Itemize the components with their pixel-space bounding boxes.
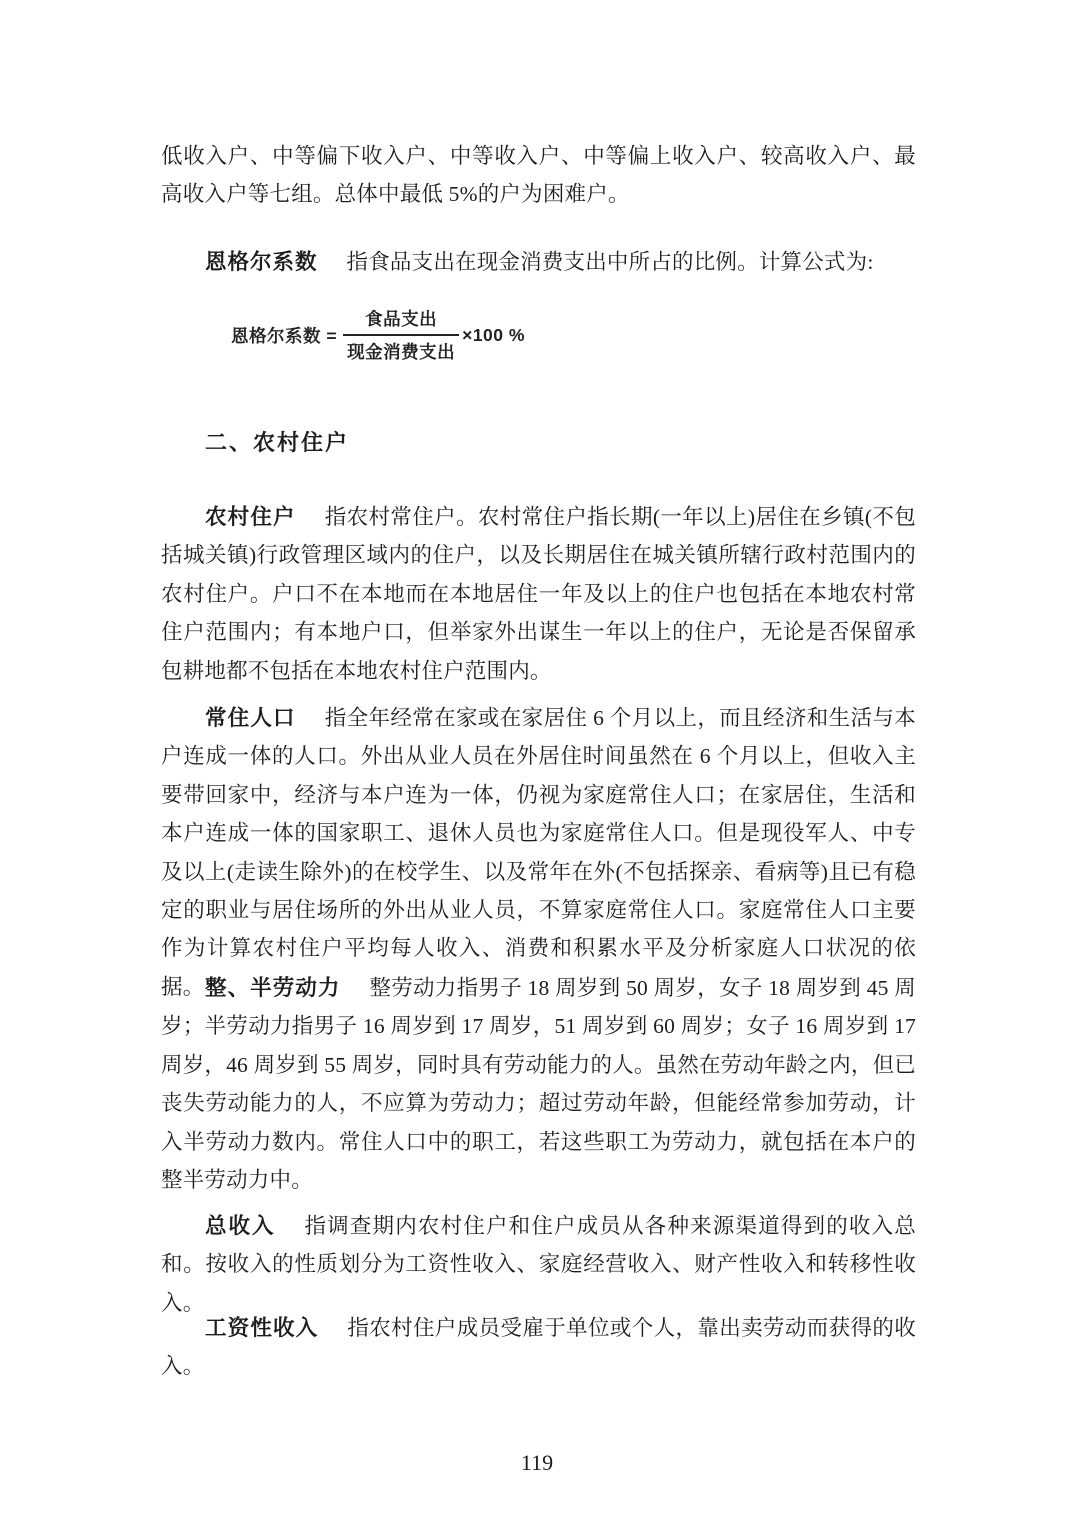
paragraph-term-wage-income: 工资性收入指农村住户成员受雇于单位或个人，靠出卖劳动而获得的收入。: [161, 1309, 916, 1386]
paragraph-term-total-income: 总收入指调查期内农村住户和住户成员从各种来源渠道得到的收入总和。按收入的性质划分…: [161, 1207, 916, 1322]
term-label: 整、半劳动力: [205, 976, 340, 1000]
term-label: 农村住户: [205, 505, 296, 529]
paragraph-term-resident-population: 常住人口指全年经常在家或在家居住 6 个月以上，而且经济和生活与本户连成一体的人…: [161, 699, 916, 1006]
term-definition: 指农村常住户。农村常住户指长期(一年以上)居住在乡镇(不包括城关镇)行政管理区域…: [161, 505, 916, 683]
formula-lhs: 恩格尔系数 =: [231, 323, 337, 348]
term-definition: 指全年经常在家或在家居住 6 个月以上，而且经济和生活与本户连成一体的人口。外出…: [161, 706, 916, 999]
term-label: 工资性收入: [205, 1316, 318, 1340]
term-definition: 整劳动力指男子 18 周岁到 50 周岁，女子 18 周岁到 45 周岁；半劳动…: [161, 976, 916, 1192]
engel-formula: 恩格尔系数 = 食品支出 现金消费支出 ×100 %: [231, 306, 525, 364]
paragraph-term-rural-household: 农村住户指农村常住户。农村常住户指长期(一年以上)居住在乡镇(不包括城关镇)行政…: [161, 498, 916, 690]
fraction-denominator: 现金消费支出: [343, 334, 459, 364]
engel-term: 恩格尔系数: [205, 250, 318, 274]
fraction-numerator: 食品支出: [361, 306, 441, 334]
formula-rhs: ×100 %: [462, 325, 525, 346]
term-label: 常住人口: [205, 706, 296, 730]
page-number: 119: [0, 1449, 1074, 1477]
document-page: 低收入户、中等偏下收入户、中等收入户、中等偏上收入户、较高收入户、最高收入户等七…: [0, 0, 1074, 1520]
term-label: 总收入: [205, 1214, 275, 1238]
section-heading-rural-households: 二、农村住户: [205, 428, 349, 458]
formula-fraction: 食品支出 现金消费支出: [343, 306, 459, 364]
paragraph-engel-coefficient: 恩格尔系数指食品支出在现金消费支出中所占的比例。计算公式为:: [161, 243, 916, 281]
engel-definition: 指食品支出在现金消费支出中所占的比例。计算公式为:: [347, 250, 874, 274]
paragraph-term-full-half-labor: 整、半劳动力整劳动力指男子 18 周岁到 50 周岁，女子 18 周岁到 45 …: [161, 969, 916, 1199]
paragraph-income-groups-continuation: 低收入户、中等偏下收入户、中等收入户、中等偏上收入户、较高收入户、最高收入户等七…: [161, 137, 916, 214]
